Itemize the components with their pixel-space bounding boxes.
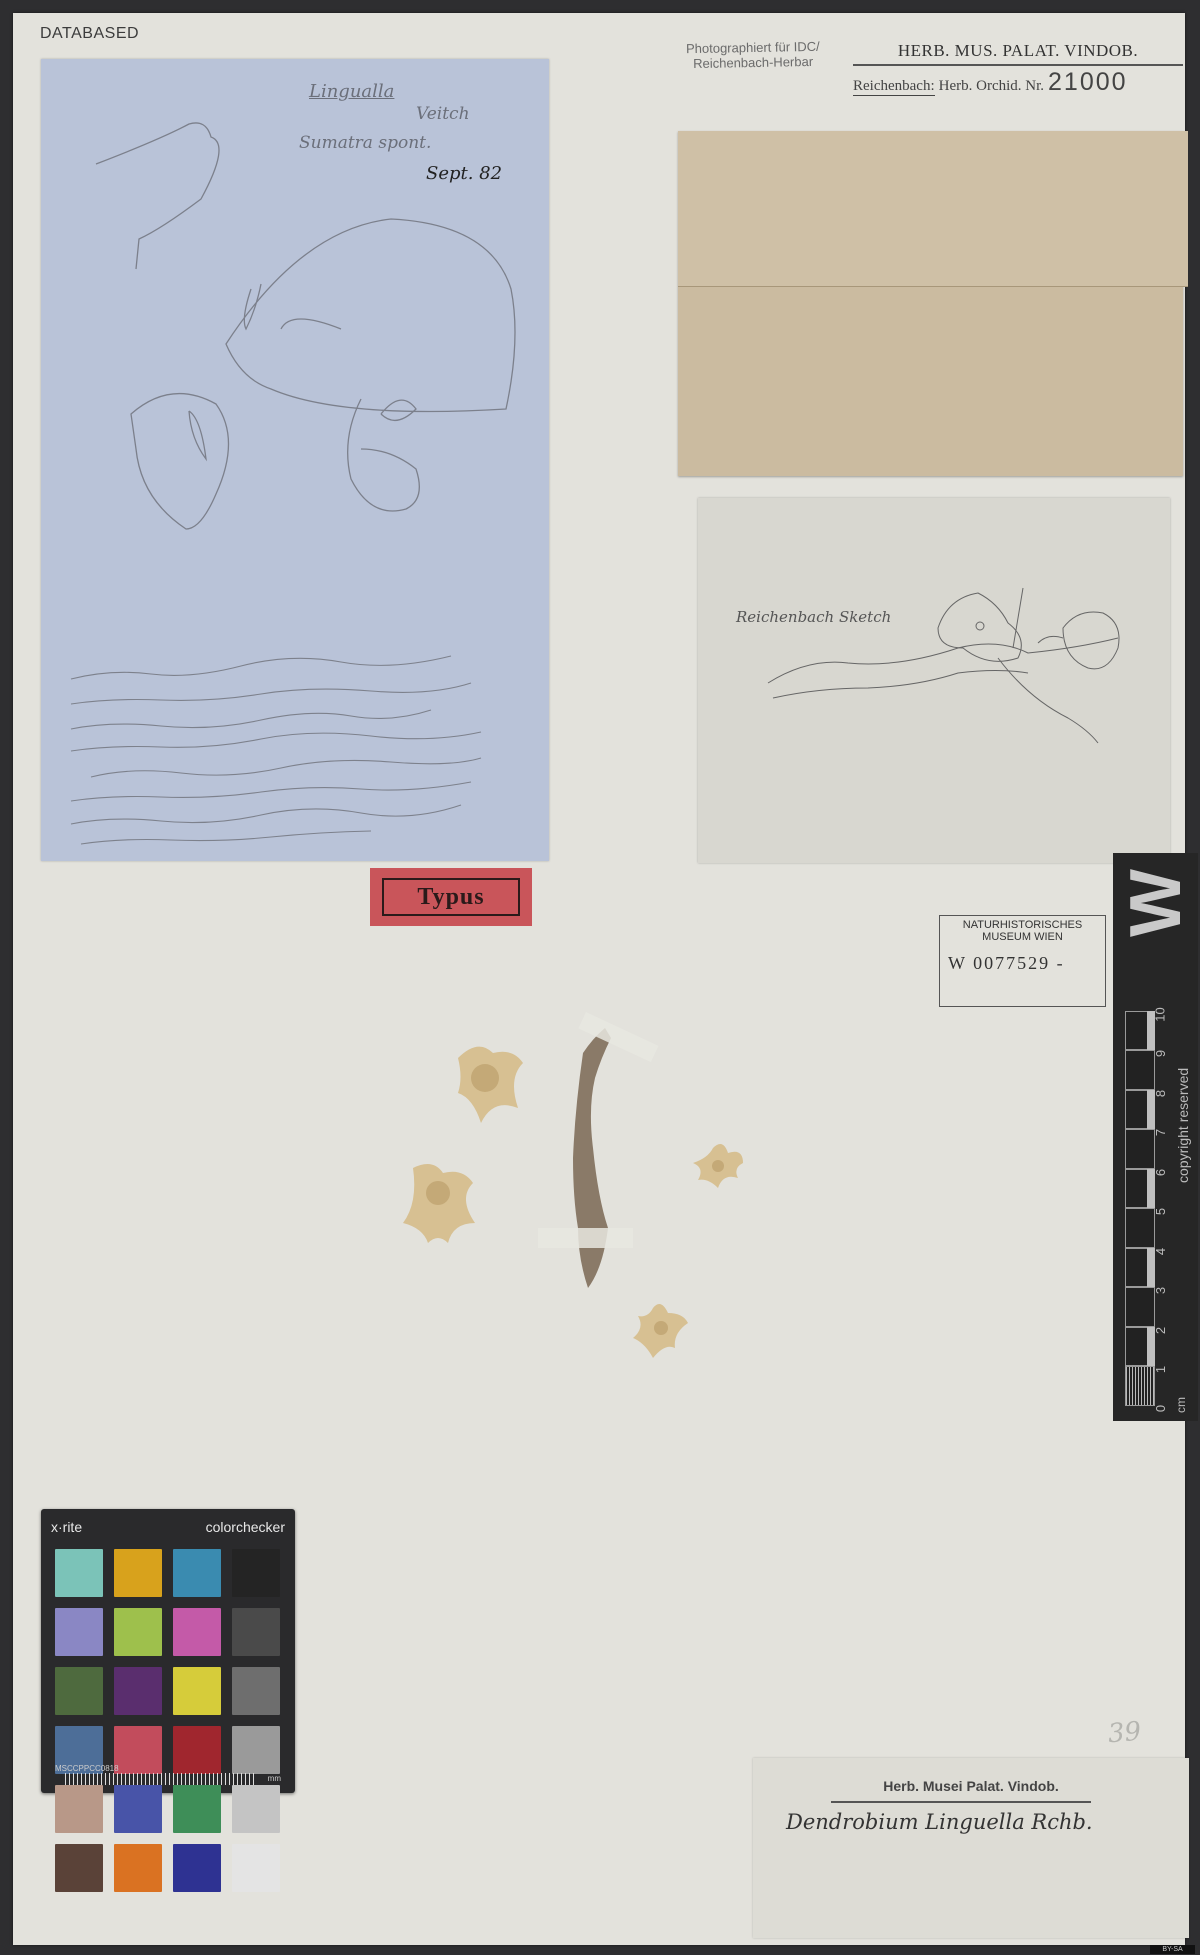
copyright-text: copyright reserved: [1175, 1013, 1191, 1183]
tick-6: 6: [1153, 1169, 1168, 1176]
color-patch: [232, 1726, 280, 1774]
tick-2: 2: [1153, 1327, 1168, 1334]
divider: [831, 1801, 1091, 1803]
color-patch: [55, 1844, 103, 1892]
museum-catalog-stamp: NATURHISTORISCHES MUSEUM WIEN W 0077529 …: [939, 915, 1106, 1007]
envelope-flap[interactable]: [678, 131, 1188, 287]
tick-1: 1: [1153, 1366, 1168, 1373]
tape-strip: [538, 1228, 633, 1248]
tick-9: 9: [1153, 1050, 1168, 1057]
typus-label: Typus: [370, 868, 532, 926]
color-patch: [232, 1608, 280, 1656]
license-badge: BY-SA: [1150, 1945, 1195, 1954]
divider: [853, 64, 1183, 66]
unit-cm: cm: [1174, 1397, 1188, 1413]
taxon-name: Dendrobium Linguella Rchb.: [786, 1810, 1093, 1834]
color-patch-grid: [55, 1549, 280, 1892]
tick-0: 0: [1153, 1405, 1168, 1412]
tick-7: 7: [1153, 1129, 1168, 1136]
color-patch: [173, 1608, 221, 1656]
museum-name-line2: MUSEUM WIEN: [940, 931, 1105, 943]
color-patch: [55, 1667, 103, 1715]
catalog-number: W 0077529 -: [948, 953, 1105, 974]
colorchecker-code: MSCCPPCC0818: [55, 1764, 119, 1773]
pencil-mark: 39: [1107, 1717, 1143, 1750]
color-patch: [55, 1608, 103, 1656]
tick-3: 3: [1153, 1287, 1168, 1294]
herbarium-number: 21000: [1048, 68, 1128, 97]
specimen-envelope[interactable]: [678, 131, 1183, 476]
herbarium-sheet: DATABASED Photographiert für IDC/ Reiche…: [13, 13, 1185, 1945]
cm-ruler: [1125, 1011, 1155, 1406]
orchid-pencil-sketch: [41, 59, 549, 861]
color-patch: [232, 1549, 280, 1597]
color-patch: [173, 1844, 221, 1892]
color-patch: [232, 1785, 280, 1833]
determination-header: Herb. Musei Palat. Vindob.: [753, 1778, 1189, 1794]
pressed-orchid-specimen: [383, 998, 783, 1418]
w-logo: W: [1121, 868, 1191, 938]
reichenbach-drawing-card: Reichenbach Sketch: [698, 498, 1170, 863]
color-patch: [114, 1844, 162, 1892]
color-patch: [232, 1844, 280, 1892]
color-patch: [232, 1667, 280, 1715]
color-patch: [114, 1549, 162, 1597]
herbarium-prefix: Reichenbach:: [853, 78, 935, 96]
typus-text: Typus: [382, 878, 520, 916]
color-patch: [173, 1667, 221, 1715]
color-patch: [114, 1726, 162, 1774]
color-patch: [114, 1667, 162, 1715]
herbarium-title: HERB. MUS. PALAT. VINDOB.: [853, 41, 1183, 61]
ruler-labels: 0 1 2 3 4 5 6 7 8 9 10: [1157, 1013, 1171, 1408]
color-patch: [173, 1726, 221, 1774]
tick-8: 8: [1153, 1090, 1168, 1097]
colorchecker-title: colorchecker: [206, 1519, 285, 1535]
herbarium-subtitle: Herb. Orchid. Nr.: [939, 78, 1044, 95]
color-patch: [114, 1785, 162, 1833]
databased-stamp: DATABASED: [40, 25, 139, 43]
orchid-ink-drawing: [698, 498, 1170, 863]
unit-mm: mm: [268, 1774, 281, 1783]
mm-ruler: [65, 1773, 255, 1785]
photo-stamp-line2: Reichenbach-Herbar: [668, 54, 838, 72]
xrite-logo: x·rite: [51, 1519, 82, 1535]
colorchecker-card: x·rite colorchecker MSCCPPCC0818 mm: [41, 1509, 295, 1793]
color-patch: [55, 1785, 103, 1833]
color-patch: [173, 1549, 221, 1597]
determination-label: Herb. Musei Palat. Vindob. Dendrobium Li…: [753, 1758, 1189, 1938]
tick-10: 10: [1153, 1007, 1168, 1021]
scale-bar: W 0 1 2 3 4 5 6 7 8: [1113, 853, 1198, 1421]
museum-name-line1: NATURHISTORISCHES: [940, 919, 1105, 931]
photo-stamp: Photographiert für IDC/ Reichenbach-Herb…: [668, 39, 838, 72]
tick-4: 4: [1153, 1248, 1168, 1255]
sketch-sheet: Lingualla Veitch Sumatra spont. Sept. 82: [41, 59, 549, 861]
color-patch: [173, 1785, 221, 1833]
tick-5: 5: [1153, 1208, 1168, 1215]
color-patch: [55, 1549, 103, 1597]
stem-icon: [573, 1028, 611, 1288]
color-patch: [114, 1608, 162, 1656]
herbarium-header-label: HERB. MUS. PALAT. VINDOB. Reichenbach: H…: [853, 41, 1183, 97]
